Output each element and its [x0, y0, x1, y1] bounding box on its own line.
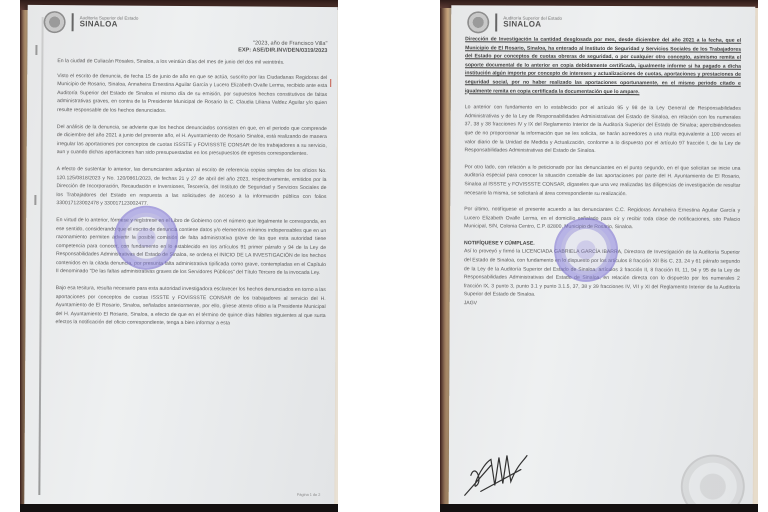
- paragraph: Visto el escrito de denuncia, de fecha 1…: [57, 72, 327, 117]
- org-title: SINALOA: [503, 21, 562, 29]
- letterhead: Auditoría Superior del Estado SINALOA: [44, 11, 139, 34]
- red-pen-mark: [330, 79, 331, 87]
- document-page-2: Auditoría Superior del Estado SINALOA Di…: [449, 5, 756, 507]
- letterhead: Auditoría Superior del Estado SINALOA: [467, 11, 562, 33]
- paragraph: En virtud de lo anterior, fórmese y regí…: [56, 216, 326, 278]
- page-fold-line: [38, 17, 43, 495]
- paragraph: Lo anterior con fundamento en lo estable…: [465, 103, 741, 156]
- signature-icon: [461, 445, 531, 500]
- paragraph: En la ciudad de Culiacán Rosales, Sinalo…: [57, 57, 327, 67]
- official-stamp: [554, 218, 618, 282]
- org-name: Auditoría Superior del Estado SINALOA: [503, 16, 562, 29]
- background-shadow: [440, 504, 758, 512]
- coat-of-arms-icon: [467, 11, 489, 33]
- page-1-body: "2023, año de Francisco Villa" EXP: ASE/…: [55, 39, 327, 337]
- initials: JAGV: [464, 299, 740, 309]
- paragraph-underlined: Dirección de Investigación la cantidad d…: [465, 35, 741, 97]
- background-shadow: [20, 504, 338, 512]
- official-stamp: [114, 206, 178, 270]
- paragraph: Del análisis de la denuncia, se advierte…: [57, 123, 327, 159]
- paragraph: Bajo esa tesitura, resulta necesario par…: [56, 284, 326, 329]
- staple-mark: [34, 195, 36, 205]
- right-document-photo: Auditoría Superior del Estado SINALOA Di…: [440, 0, 758, 512]
- left-document-photo: Auditoría Superior del Estado SINALOA "2…: [20, 0, 338, 512]
- paragraph: Por otro lado, con relación a lo peticio…: [464, 163, 740, 199]
- org-title: SINALOA: [80, 21, 139, 29]
- page-number: Página 1 de 2: [297, 493, 320, 497]
- coat-of-arms-icon: [44, 11, 66, 33]
- letterhead-divider: [72, 13, 74, 31]
- case-number: EXP: ASE/DIR.INV/DEN/0319/2023: [57, 46, 327, 55]
- document-page-1: Auditoría Superior del Estado SINALOA "2…: [24, 5, 337, 507]
- org-name: Auditoría Superior del Estado SINALOA: [80, 16, 139, 29]
- letterhead-divider: [495, 13, 497, 31]
- paragraph: A efecto de sustentar lo anterior, las d…: [56, 165, 326, 210]
- staple-mark: [35, 45, 37, 55]
